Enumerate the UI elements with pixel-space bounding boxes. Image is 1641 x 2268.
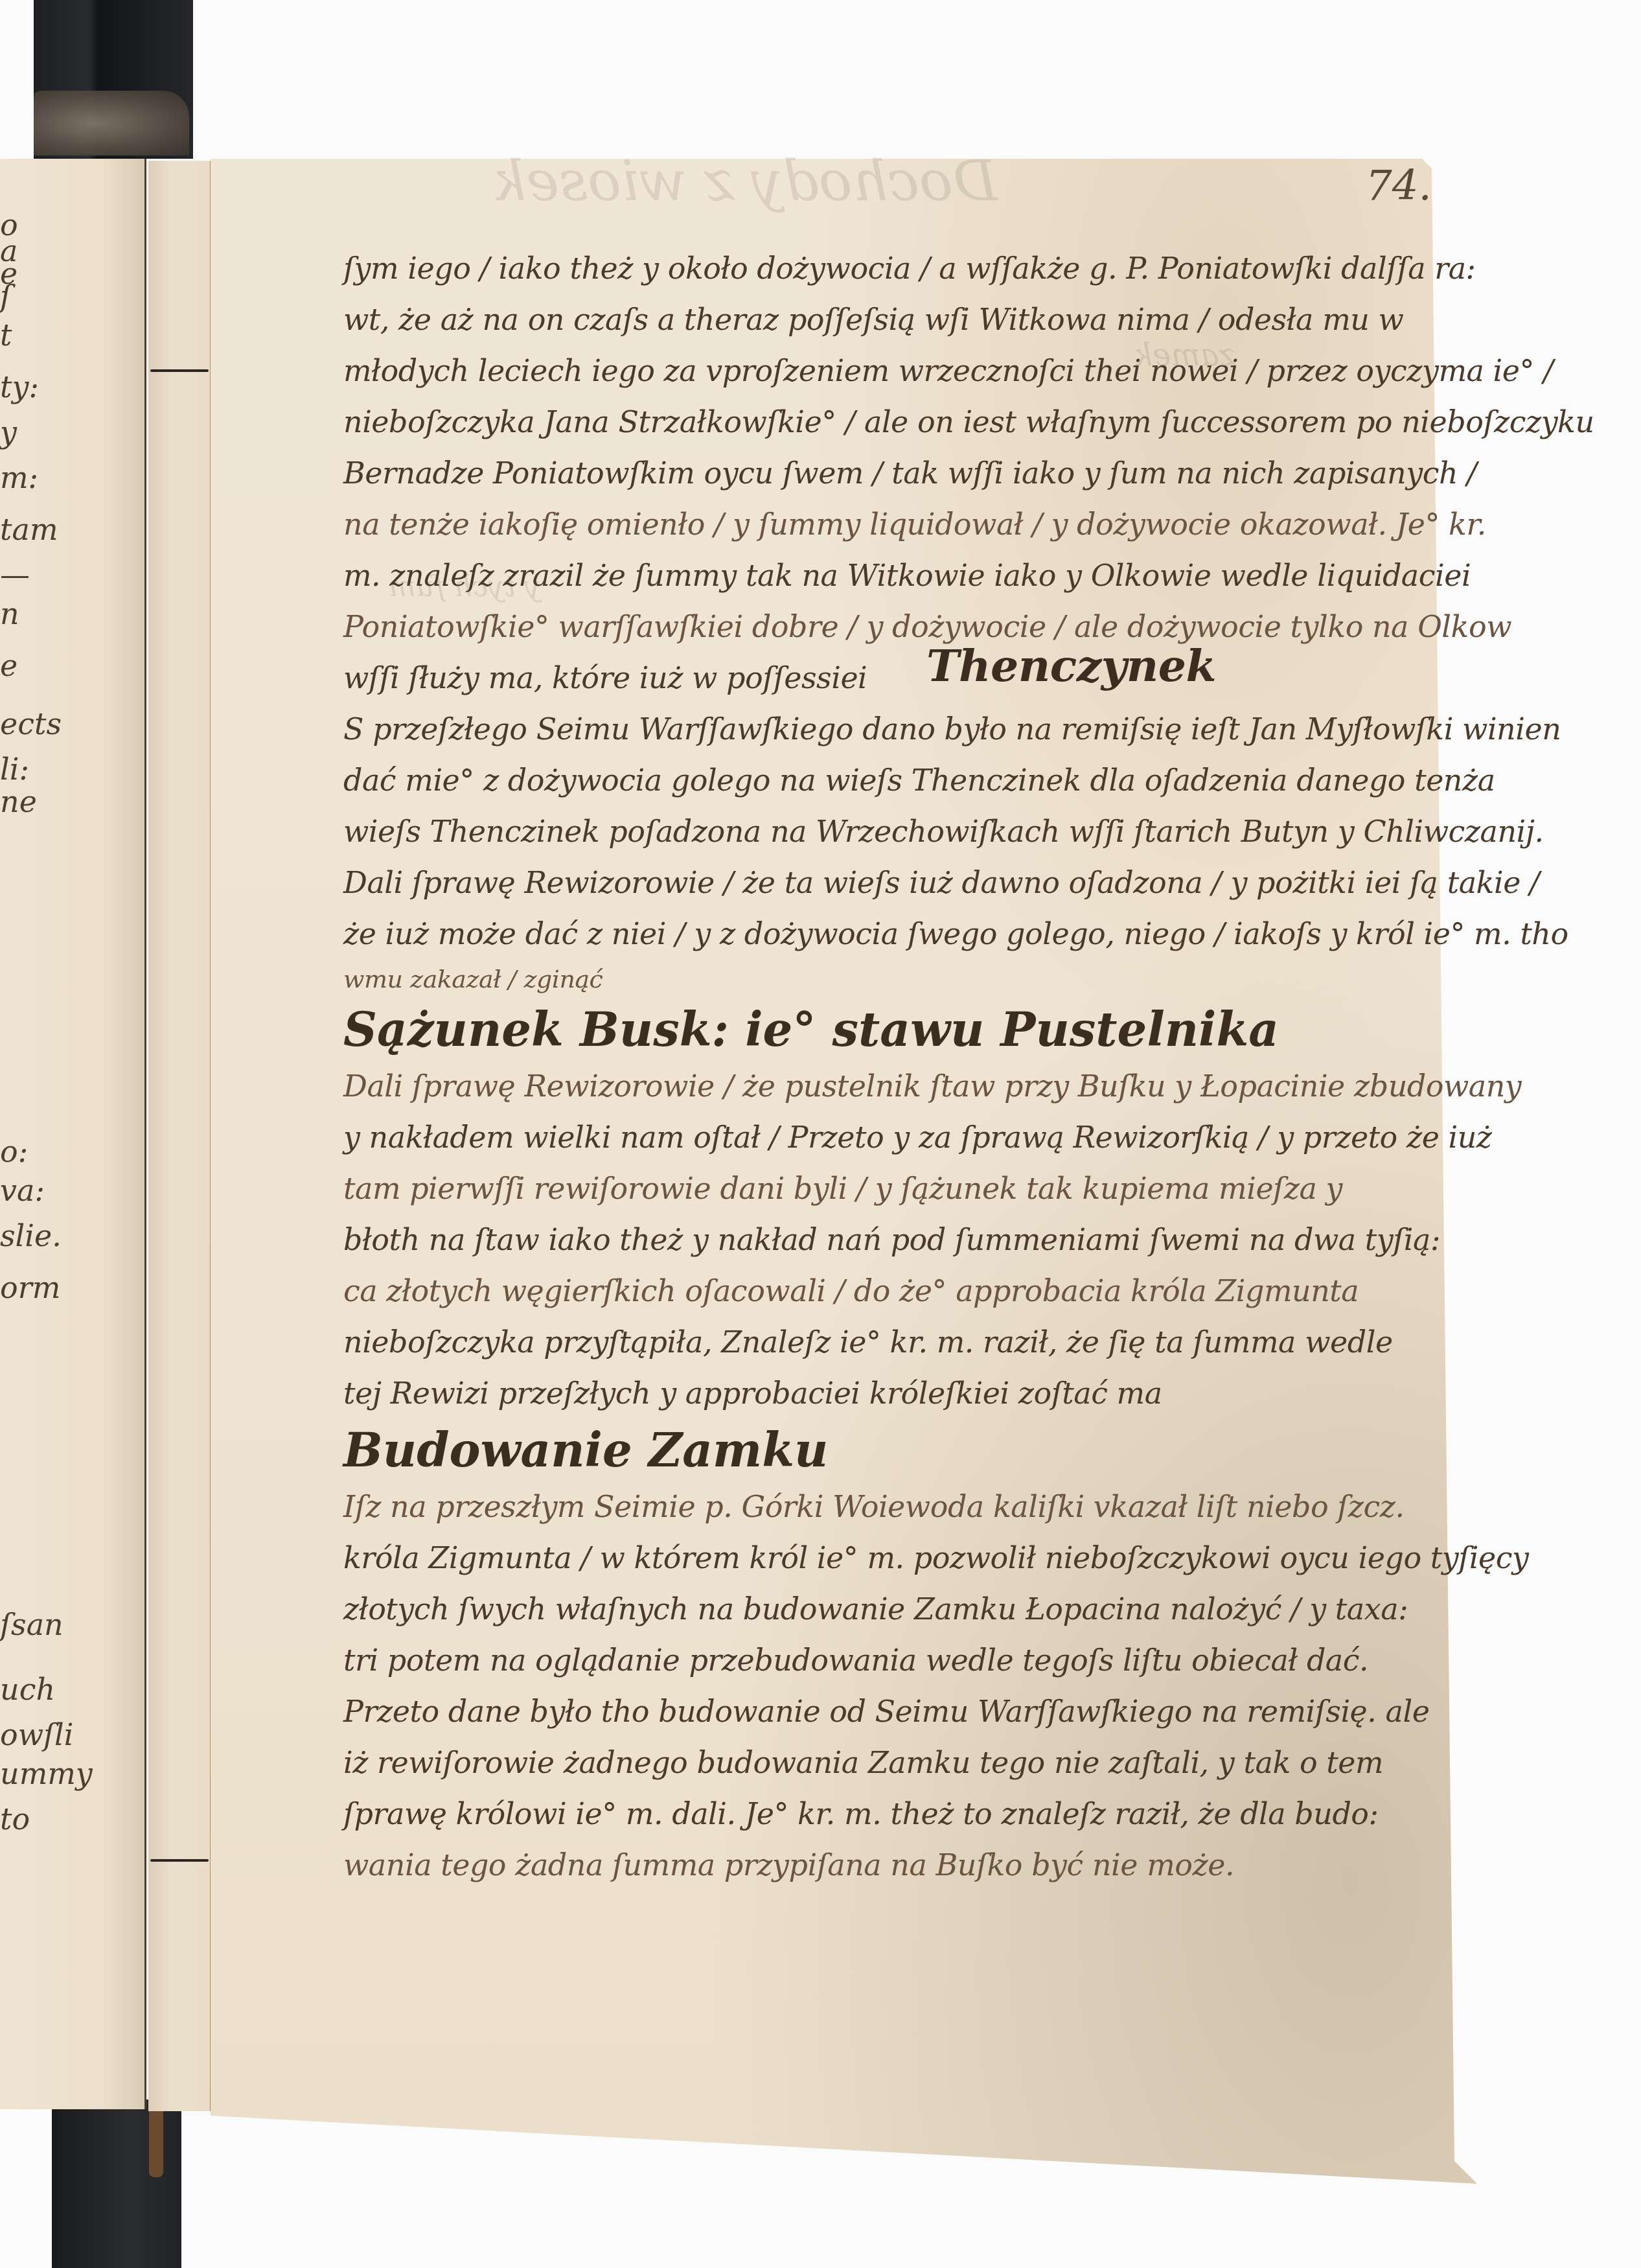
text-line: ſprawę królowi ie° m. dali. Je° kr. m. t… [343,1788,1458,1840]
section-sazunek-stawu: Sążunek Busk: ie° stawu Pustelnika Dali … [343,999,1458,1419]
facing-page-text-fragment: va: [0,1173,45,1208]
section-thenczynek: S przeſzłego Seimu Warſſawſkiego dano by… [343,704,1458,999]
facing-page-text-fragment: — [0,557,30,592]
facing-page-text-fragment: uch [0,1672,55,1707]
text-line: młodych leciech iego za vproſzeniem wrze… [343,345,1458,397]
text-line: tri potem na oglądanie przebudowania wed… [343,1635,1458,1686]
facing-page-text-fragment: o: [0,1134,28,1169]
facing-page-text-fragment: to [0,1801,30,1836]
section-budowanie-zamku: Budowanie Zamku Iſz na przeszłym Seimie … [343,1419,1458,1891]
facing-page-text-fragment: y [0,415,17,450]
section-heading: Budowanie Zamku [343,1419,1458,1481]
text-line: wania tego żadna ſumma przypiſana na Buſ… [343,1840,1458,1891]
text-line: tej Rewizi przeſzłych y approbaciei król… [343,1368,1458,1419]
text-line: Iſz na przeszłym Seimie p. Górki Woiewod… [343,1481,1458,1533]
text-line: Poniatowſkie° warſſawſkiei dobre / y doż… [343,601,1458,653]
facing-page-text-fragment: li: [0,752,29,787]
stitch-mark-bottom [150,1859,209,1862]
section-continuation: ſym iego / iako theż y około dożywocia /… [343,243,1458,704]
facing-page-text-fragment: ummy [0,1756,93,1791]
text-line: S przeſzłego Seimu Warſſawſkiego dano by… [343,704,1458,755]
manuscript-text: ſym iego / iako theż y około dożywocia /… [343,243,1458,1891]
text-line: nieboſzczyka Jana Strzałkowſkie° / ale o… [343,397,1458,448]
text-line: ca złotych węgierſkich oſacowali / do że… [343,1266,1458,1317]
text-line: że iuż może dać z niei / y z dożywocia ſ… [343,908,1458,960]
text-line: m. znaleſz zrazil że ſummy tak na Witkow… [343,550,1458,601]
facing-page-text-fragment: ne [0,784,37,819]
page-gutter [148,161,211,2111]
text-line: wmu zakazał / zginąć [343,960,1458,999]
facing-page-text-fragment: ſsan [0,1607,63,1642]
facing-page-text-fragment: ects [0,706,62,741]
facing-page-text-fragment: m: [0,460,38,495]
page-number: 74. [1366,162,1432,210]
stitch-mark-top [150,369,209,372]
text-line: y nakładem wielki nam oſtał / Przeto y z… [343,1112,1458,1163]
binding-cord [34,91,189,156]
facing-page-text-fragment: e [0,648,17,683]
text-line: ſym iego / iako theż y około dożywocia /… [343,243,1458,294]
facing-page-text-fragment: ty: [0,369,39,404]
section-heading: Sążunek Busk: ie° stawu Pustelnika [343,999,1458,1061]
text-line: złotych ſwych właſnych na budowanie Zamk… [343,1584,1458,1635]
text-line: tam pierwſſi rewiſorowie dani byli / y ſ… [343,1163,1458,1214]
facing-page-text-fragment: n [0,596,19,631]
text-line: wt, że aż na on czaſs a theraz poſſeſsią… [343,294,1458,345]
text-line: nieboſzczyka przyſtąpiła, Znaleſz ie° kr… [343,1317,1458,1368]
text-line: błoth na ſtaw iako theż y nakład nań pod… [343,1214,1458,1266]
text-line: Dali ſprawę Rewizorowie / że ta wieſs iu… [343,857,1458,908]
text-line: iż rewiſorowie żadnego budowania Zamku t… [343,1737,1458,1788]
text-line: wieſs Thenczinek poſadzona na Wrzechowiſ… [343,806,1458,857]
facing-page: oaeſtty:ym:tam—neectsli:neo:va:slie.ormſ… [0,159,146,2109]
section-heading-thenczynek: Thenczynek [926,641,1216,692]
binding-cord-bottom [149,2100,163,2177]
text-line: króla Zigmunta / w którem król ie° m. po… [343,1533,1458,1584]
text-line: na tenże iakoſię omienło / y ſummy liqui… [343,499,1458,550]
facing-page-text-fragment: tam [0,512,58,547]
facing-page-text-fragment: owſli [0,1717,74,1752]
text-line: Bernadze Poniatowſkim oycu ſwem / tak wſ… [343,448,1458,499]
facing-page-text-fragment: ſ [0,279,11,314]
facing-page-text-fragment: orm [0,1270,60,1305]
text-line-content: wſſi ſłuży ma, które iuż w poſſessiei [343,660,867,695]
text-line: dać mie° z dożywocia golego na wieſs The… [343,755,1458,806]
facing-page-text-fragment: slie. [0,1218,62,1253]
facing-page-text-fragment: t [0,318,12,353]
text-line: wſſi ſłuży ma, które iuż w poſſessiei Th… [343,653,1458,704]
text-line: Dali ſprawę Rewizorowie / że pustelnik ſ… [343,1061,1458,1112]
text-line: Przeto dane było tho budowanie od Seimu … [343,1686,1458,1737]
bleed-through-ghost-text: Dochody z wiosek [492,149,998,214]
